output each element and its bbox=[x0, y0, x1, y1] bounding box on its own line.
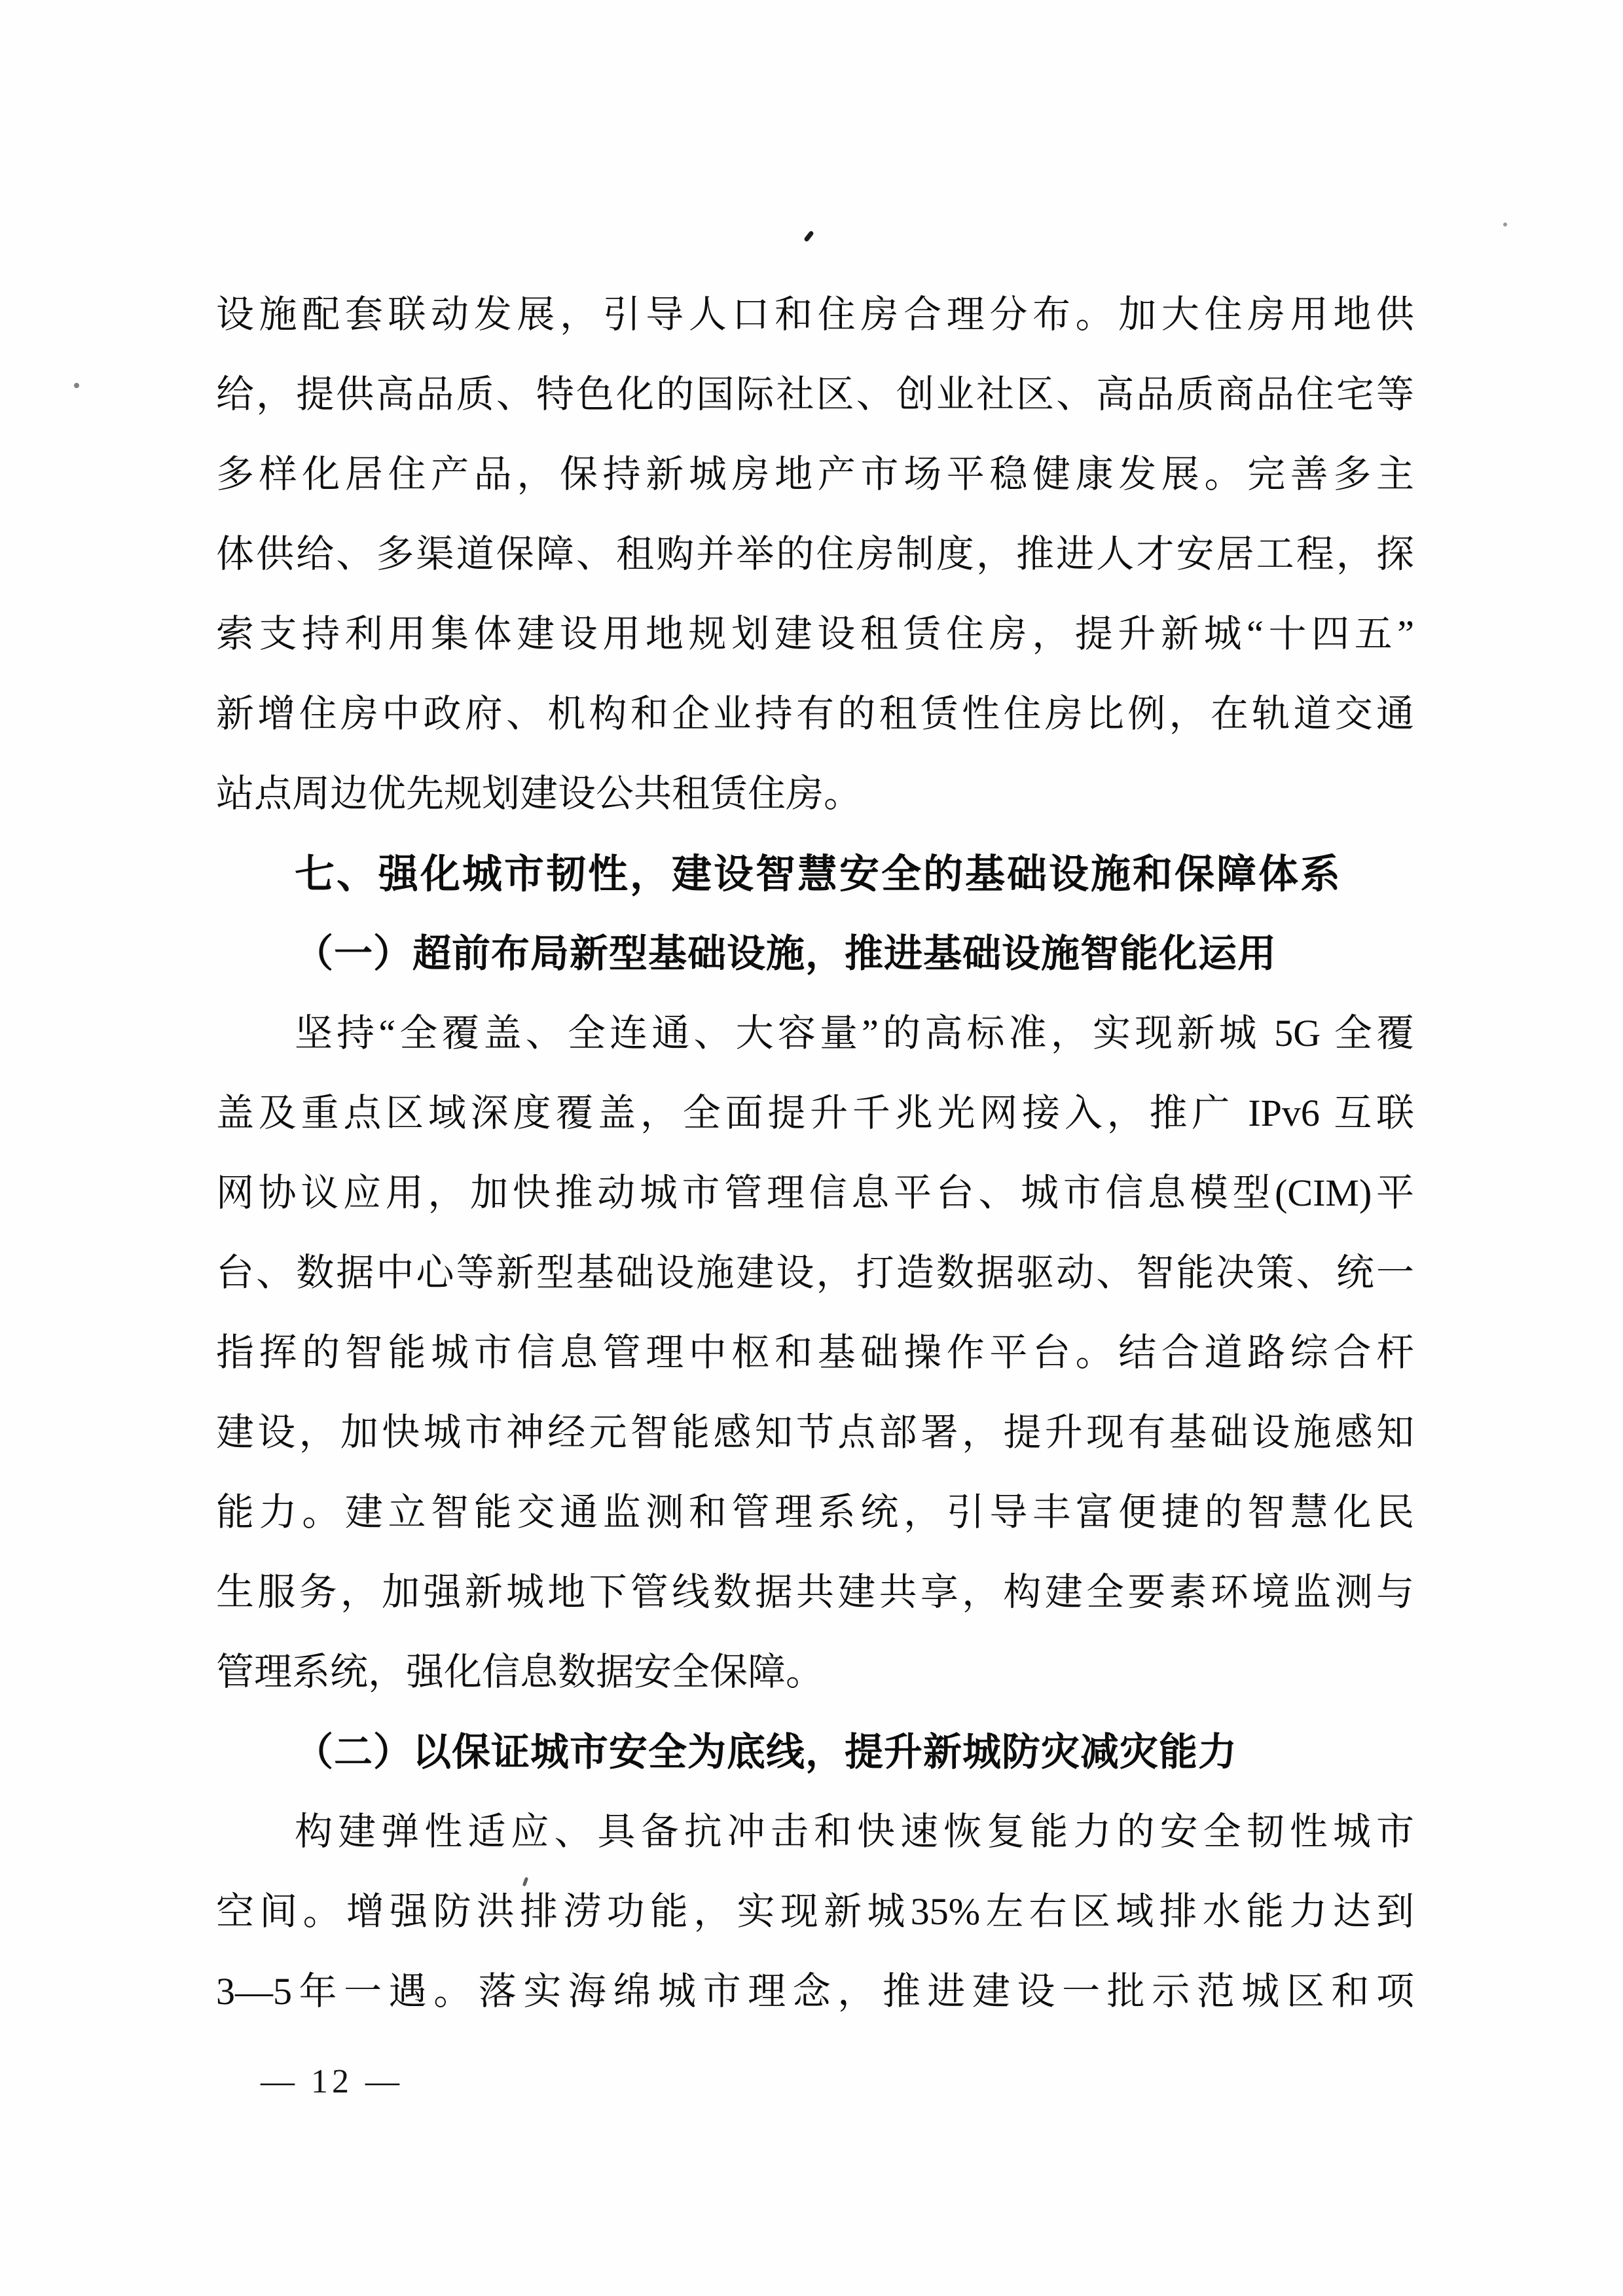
document-page: 设施配套联动发展，引导人口和住房合理分布。加大住房用地供 给，提供高品质、特色化… bbox=[0, 0, 1623, 2296]
scan-speck bbox=[1503, 223, 1507, 226]
text-line: 体供给、多渠道保障、租购并举的住房制度，推进人才安居工程，探 bbox=[216, 514, 1414, 594]
text-line: 建设，加快城市神经元智能感知节点部署，提升现有基础设施感知 bbox=[216, 1393, 1414, 1473]
text-line: 网协议应用，加快推动城市管理信息平台、城市信息模型(CIM)平 bbox=[216, 1153, 1414, 1233]
scan-speck bbox=[74, 383, 79, 388]
subsection-heading: （一）超前布局新型基础设施，推进基础设施智能化运用 bbox=[216, 914, 1414, 994]
text-line: 管理系统，强化信息数据安全保障。 bbox=[216, 1632, 1414, 1712]
body-text: 设施配套联动发展，引导人口和住房合理分布。加大住房用地供 给，提供高品质、特色化… bbox=[216, 275, 1414, 2032]
text-line: 构建弹性适应、具备抗冲击和快速恢复能力的安全韧性城市 bbox=[216, 1792, 1414, 1872]
text-line: 指挥的智能城市信息管理中枢和基础操作平台。结合道路综合杆 bbox=[216, 1313, 1414, 1393]
scan-speck bbox=[803, 230, 814, 242]
text-line: 设施配套联动发展，引导人口和住房合理分布。加大住房用地供 bbox=[216, 275, 1414, 355]
page-number: — 12 — bbox=[261, 2059, 403, 2105]
text-line: 生服务，加强新城地下管线数据共建共享，构建全要素环境监测与 bbox=[216, 1552, 1414, 1632]
section-heading: 七、强化城市韧性，建设智慧安全的基础设施和保障体系 bbox=[216, 834, 1414, 914]
text-line: 坚持“全覆盖、全连通、大容量”的高标准，实现新城 5G 全覆 bbox=[216, 994, 1414, 1073]
text-line: 新增住房中政府、机构和企业持有的租赁性住房比例，在轨道交通 bbox=[216, 674, 1414, 754]
text-line: 索支持利用集体建设用地规划建设租赁住房，提升新城“十四五” bbox=[216, 594, 1414, 674]
subsection-heading: （二）以保证城市安全为底线，提升新城防灾减灾能力 bbox=[216, 1712, 1414, 1792]
text-line: 3—5年一遇。落实海绵城市理念，推进建设一批示范城区和项 bbox=[216, 1952, 1414, 2032]
text-line: 空间。增强防洪排涝功能，实现新城35%左右区域排水能力达到 bbox=[216, 1872, 1414, 1952]
text-line: 站点周边优先规划建设公共租赁住房。 bbox=[216, 754, 1414, 834]
text-line: 台、数据中心等新型基础设施建设，打造数据驱动、智能决策、统一 bbox=[216, 1233, 1414, 1313]
text-line: 多样化居住产品，保持新城房地产市场平稳健康发展。完善多主 bbox=[216, 435, 1414, 514]
text-line: 能力。建立智能交通监测和管理系统，引导丰富便捷的智慧化民 bbox=[216, 1473, 1414, 1552]
text-line: 给，提供高品质、特色化的国际社区、创业社区、高品质商品住宅等 bbox=[216, 355, 1414, 435]
text-line: 盖及重点区域深度覆盖，全面提升千兆光网接入，推广 IPv6 互联 bbox=[216, 1073, 1414, 1153]
